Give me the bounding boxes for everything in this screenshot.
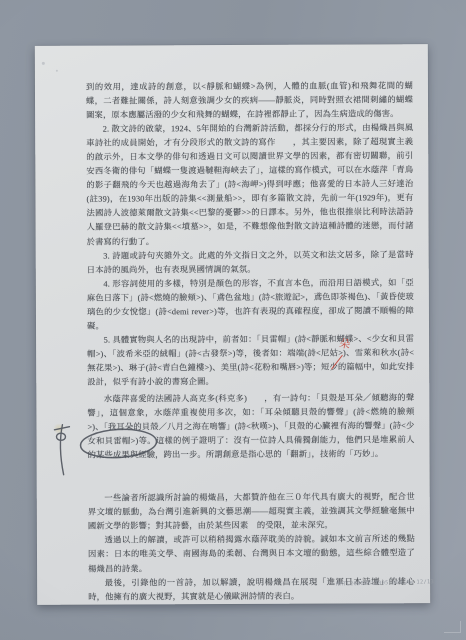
paragraph: 3. 詩題或詩句夾雜外文。此處的外文指日文之外，以英文和法文居多，除了是當時日本… xyxy=(87,248,414,278)
paragraph: 透過以上的解讀，或許可以稍稍揭露水蔭萍耽美的詩貌。誠如本文前言所述的幾點因素：日… xyxy=(88,533,415,577)
red-correction-mark: 朵 xyxy=(326,339,362,375)
paragraph: 到的效用，達成詩的創意，以<靜脈和蝴蝶>為例，人體的血脈(血管)和飛舞花間的蝴蝶… xyxy=(86,79,413,123)
red-slash-icon xyxy=(331,355,343,370)
pen-marks xyxy=(46,422,166,479)
document-text: 到的效用，達成詩的創意，以<靜脈和蝴蝶>為例，人體的血脈(血管)和飛舞花間的蝴蝶… xyxy=(86,79,415,604)
pen-ellipse-mark xyxy=(80,427,157,459)
red-correction-char: 朵 xyxy=(338,339,351,352)
paragraph: 最後，引錄他的一首詩，加以解讀，說明楊熾昌在展現「進軍日本詩壇」的雄心時，他擁有… xyxy=(88,575,415,605)
photo-background: 到的效用，達成詩的創意，以<靜脈和蝴蝶>為例，人體的血脈(血管)和飛舞花間的蝴蝶… xyxy=(0,0,466,640)
crop-corner-mark xyxy=(444,621,461,633)
paper-speck xyxy=(42,62,45,65)
pen-insert-mark xyxy=(54,425,69,475)
document-page: 到的效用，達成詩的創意，以<靜脈和蝴蝶>為例，人體的血脈(血管)和飛舞花間的蝴蝶… xyxy=(35,44,430,605)
paragraph: 一些論者所認識所討論的楊熾昌，大都贊許他在三０年代具有廣大的視野，配合世界文壇的… xyxy=(88,490,415,534)
paper-speck xyxy=(56,70,58,72)
paragraph: 2. 散文詩的啟蒙，1924、5年開始的台灣新詩活動，都採分行的形式，由楊熾昌與… xyxy=(86,121,414,249)
paragraph: 4. 形容詞使用的多樣，特別是顏色的形容，不直言本色，而沿用日語模式，如「亞麻色… xyxy=(87,276,414,334)
paragraph: 5. 具體實物與人名的出現詩中，前者如：「貝雷帽」(詩<靜脈和蝴蝶>、<少女和貝… xyxy=(87,332,414,390)
